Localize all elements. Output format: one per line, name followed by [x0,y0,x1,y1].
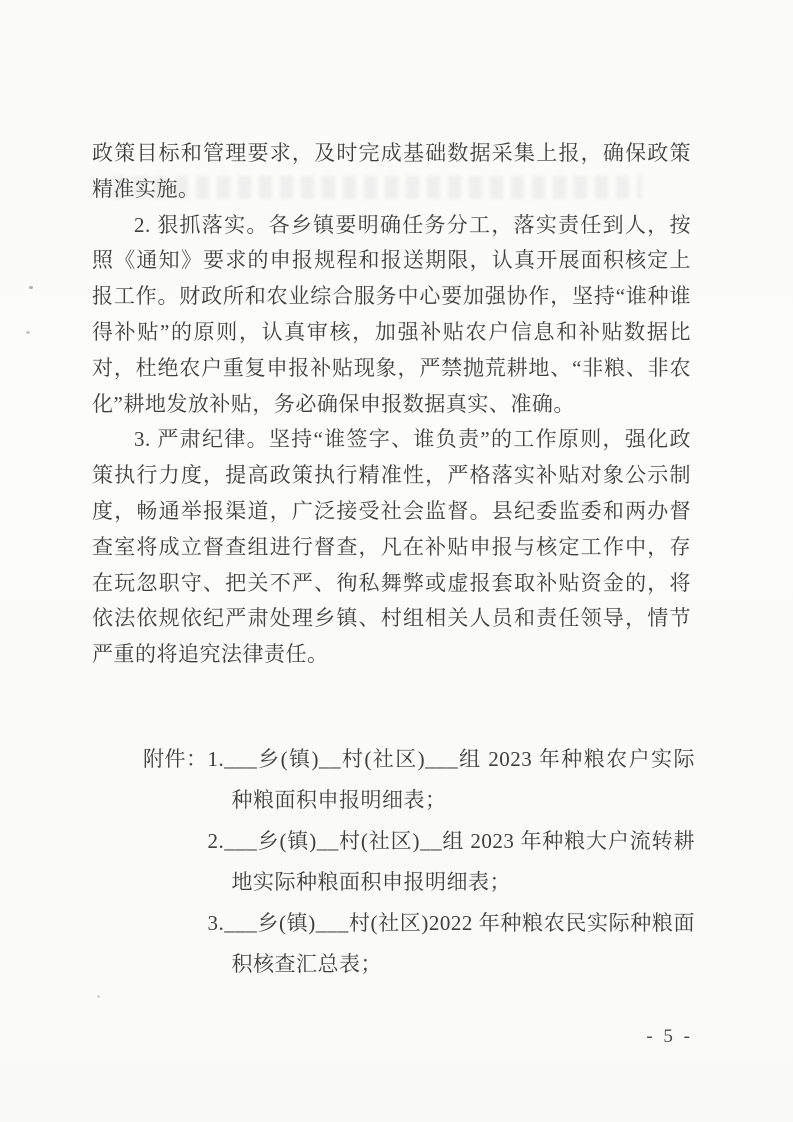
scan-speck [97,995,100,998]
attachment-item-1: 1.___乡(镇)__村(社区)___组 2023 年种粮农户实际种粮面积申报明… [208,739,696,821]
attachment-item-3: 3.___乡(镇)___村(社区)2022 年种粮农民实际种粮面积核查汇总表； [208,903,696,985]
attachments-label: 附件： [143,739,208,780]
body-paragraph-item-2: 2. 狠抓落实。各乡镇要明确任务分工，落实责任到人，按照《通知》要求的申报规程和… [92,208,691,423]
attachments-section: 附件： 1.___乡(镇)__村(社区)___组 2023 年种粮农户实际种粮面… [143,739,695,985]
document-page: 政策目标和管理要求，及时完成基础数据采集上报，确保政策精准实施。 2. 狠抓落实… [0,0,793,1122]
document-body: 政策目标和管理要求，及时完成基础数据采集上报，确保政策精准实施。 2. 狠抓落实… [92,136,691,673]
attachment-item-2: 2.___乡(镇)__村(社区)__组 2023 年种粮大户流转耕地实际种粮面积… [208,821,696,903]
body-paragraph-item-3: 3. 严肃纪律。坚持“谁签字、谁负责”的工作原则，强化政策执行力度，提高政策执行… [92,422,691,673]
scan-speck [29,286,33,289]
page-number: - 5 - [646,1026,693,1048]
scan-speck [26,331,30,334]
body-paragraph-continuation: 政策目标和管理要求，及时完成基础数据采集上报，确保政策精准实施。 [92,136,691,208]
attachments-list: 1.___乡(镇)__村(社区)___组 2023 年种粮农户实际种粮面积申报明… [208,739,696,985]
